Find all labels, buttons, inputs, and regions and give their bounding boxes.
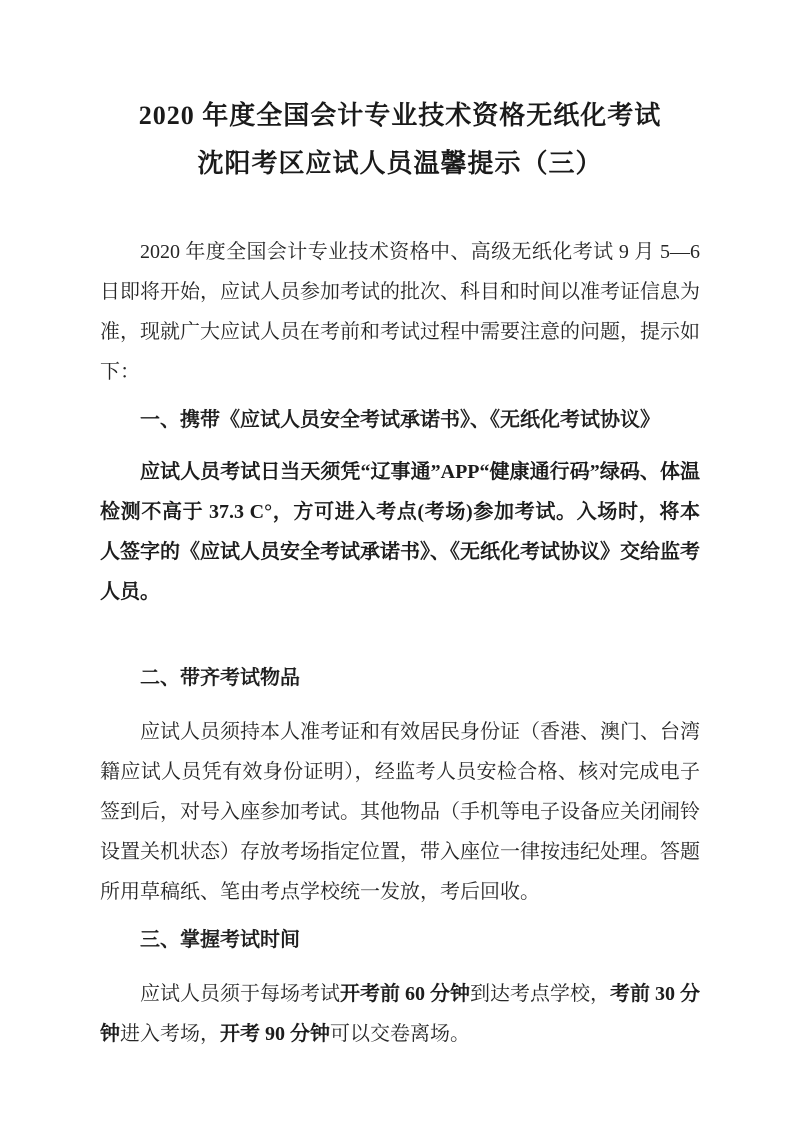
section-3-run-2: 开考前 60 分钟	[340, 983, 470, 1005]
intro-paragraph: 2020 年度全国会计专业技术资格中、高级无纸化考试 9 月 5—6 日即将开始…	[100, 232, 700, 392]
section-1-body: 应试人员考试日当天须凭“辽事通”APP“健康通行码”绿码、体温检测不高于 37.…	[100, 452, 700, 612]
section-1-heading: 一、携带《应试人员安全考试承诺书》、《无纸化考试协议》	[100, 400, 700, 440]
document-page: 2020 年度全国会计专业技术资格无纸化考试 沈阳考区应试人员温馨提示（三） 2…	[0, 0, 800, 1131]
section-3-body: 应试人员须于每场考试开考前 60 分钟到达考点学校，考前 30 分钟进入考场，开…	[100, 974, 700, 1054]
section-2-heading: 二、带齐考试物品	[100, 658, 700, 698]
section-3-run-6: 开考 90 分钟	[220, 1023, 330, 1045]
section-3-run-5: 进入考场，	[120, 1023, 220, 1045]
title-line-1: 2020 年度全国会计专业技术资格无纸化考试	[100, 92, 700, 140]
section-3-heading: 三、掌握考试时间	[100, 920, 700, 960]
section-3-run-3: 到达考点学校，	[470, 983, 610, 1005]
document-title: 2020 年度全国会计专业技术资格无纸化考试 沈阳考区应试人员温馨提示（三）	[100, 92, 700, 188]
title-line-2: 沈阳考区应试人员温馨提示（三）	[100, 140, 700, 188]
section-3-run-1: 应试人员须于每场考试	[140, 983, 340, 1005]
section-3-run-7: 可以交卷离场。	[330, 1023, 470, 1045]
section-2-body: 应试人员须持本人准考证和有效居民身份证（香港、澳门、台湾籍应试人员凭有效身份证明…	[100, 712, 700, 912]
